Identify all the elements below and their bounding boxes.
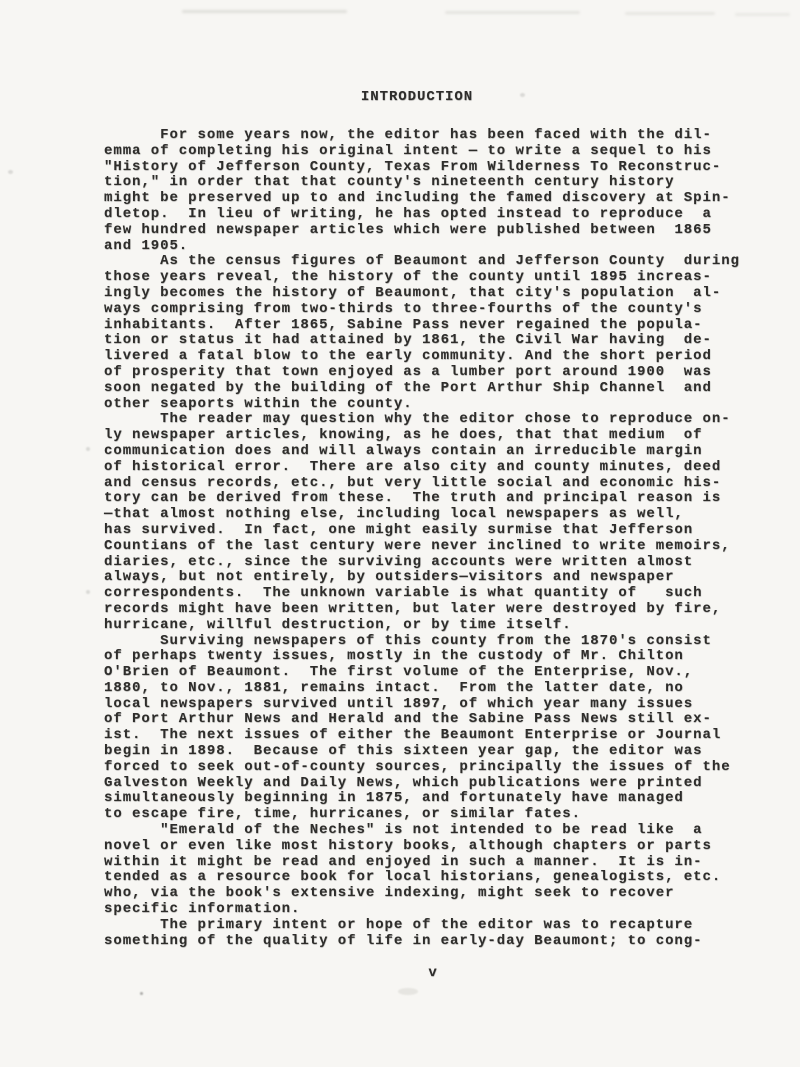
scan-artifact: [86, 447, 90, 451]
paragraph: The primary intent or hope of the editor…: [104, 918, 740, 950]
scan-artifact: [8, 170, 13, 174]
scan-artifact: [735, 13, 790, 16]
page-title: INTRODUCTION: [104, 89, 730, 105]
scan-artifact: [86, 590, 90, 594]
document-page: INTRODUCTION For some years now, the edi…: [0, 0, 800, 1067]
paragraph: As the census figures of Beaumont and Je…: [104, 254, 740, 412]
page-number: v: [120, 965, 746, 981]
document-body: For some years now, the editor has been …: [104, 128, 740, 949]
scan-artifact: [445, 11, 580, 14]
scan-artifact: [140, 992, 143, 995]
paragraph: For some years now, the editor has been …: [104, 128, 740, 254]
scan-artifact: [398, 988, 418, 995]
scan-artifact: [182, 10, 347, 13]
scan-artifact: [625, 12, 715, 15]
paragraph: The reader may question why the editor c…: [104, 412, 740, 633]
paragraph: "Emerald of the Neches" is not intended …: [104, 823, 740, 918]
paragraph: Surviving newspapers of this county from…: [104, 634, 740, 824]
